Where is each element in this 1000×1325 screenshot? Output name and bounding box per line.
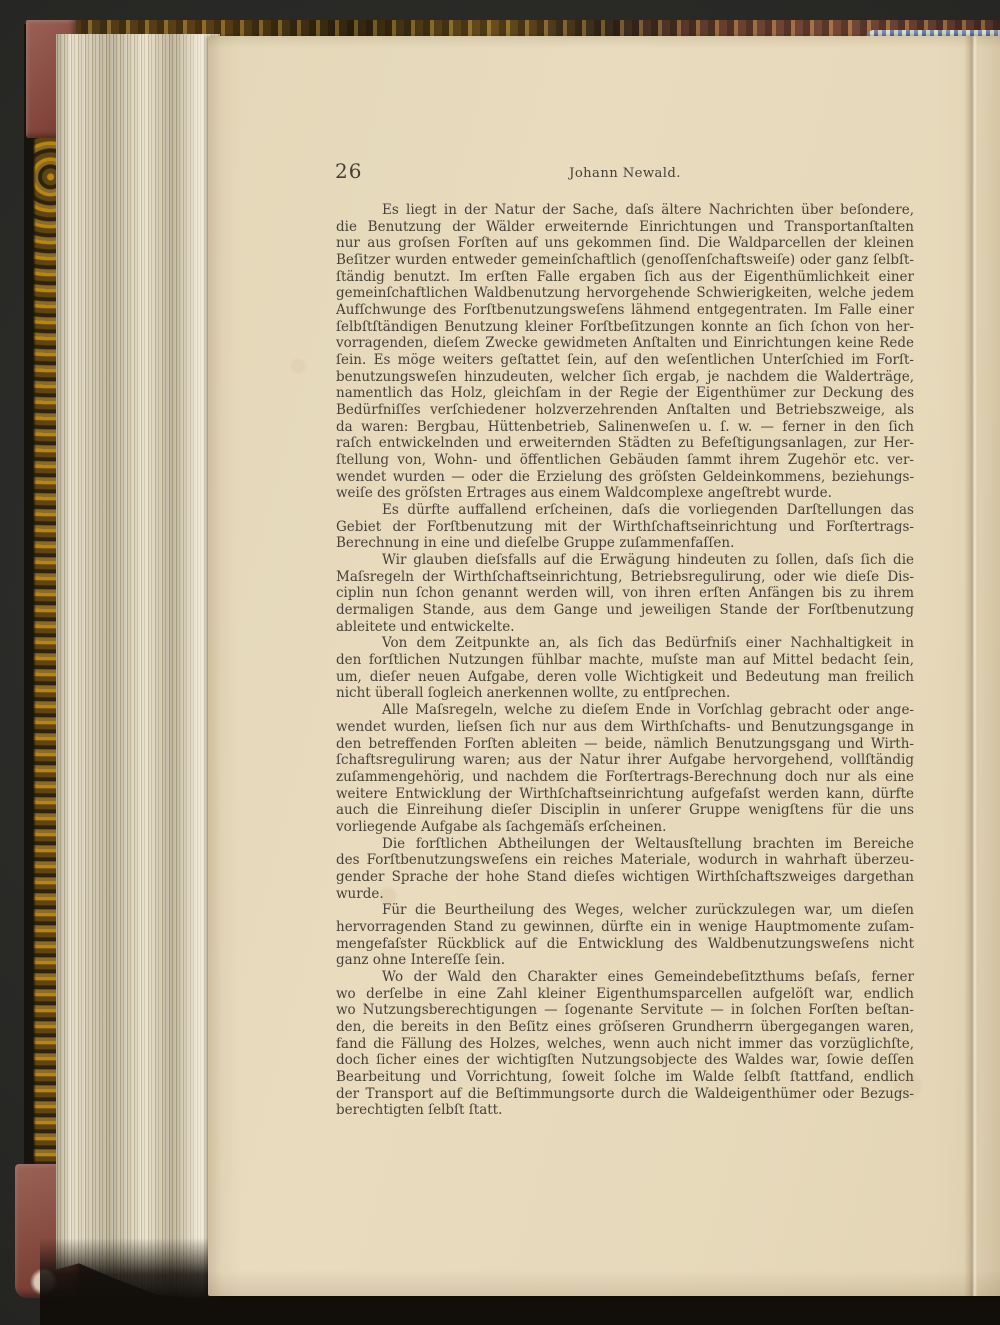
- text-line: auch die Einreihung dieſer Disciplin in …: [336, 802, 914, 819]
- text-line: ſelbſtſtändigen Benutzung kleiner Forſtb…: [336, 319, 914, 336]
- text-line: Gebiet der Forſtbenutzung mit der Wirthſ…: [336, 519, 914, 536]
- paragraph: Für die Beurtheilung des Weges, welcher …: [336, 902, 914, 969]
- text-line: der Transport auf die Beſtimmungsorte du…: [336, 1086, 914, 1103]
- text-line: ſtellung von, Wohn- und öffentlichen Geb…: [336, 452, 914, 469]
- text-line: ganz ohne Intereſſe ſein.: [336, 952, 914, 969]
- text-line: nicht überall ſogleich anerkennen wollte…: [336, 685, 914, 702]
- text-line: den, die bereits in den Beſitz eines grö…: [336, 1019, 914, 1036]
- text-line: ableitete und entwickelte.: [336, 619, 914, 636]
- text-line: ſtändig benutzt. Im erſten Falle ergaben…: [336, 269, 914, 286]
- text-line: ſchaftsregulirung waren; aus der Natur i…: [336, 752, 914, 769]
- text-line: Von dem Zeitpunkte an, als ſich das Bedü…: [336, 635, 914, 652]
- text-line: Beſitzer wurden entweder gemeinſchaftlic…: [336, 252, 914, 269]
- text-line: ciplin nun ſchon genannt werden will, vo…: [336, 585, 914, 602]
- text-line: die Benutzung der Wälder erweiternde Ein…: [336, 219, 914, 236]
- paragraph: Wo der Wald den Charakter eines Gemeinde…: [336, 969, 914, 1119]
- running-header: Johann Newald.: [336, 166, 914, 181]
- text-line: namentlich das Holz, gleichſam in der Re…: [336, 385, 914, 402]
- text-line: wurde.: [336, 886, 914, 903]
- text-line: Wo der Wald den Charakter eines Gemeinde…: [336, 969, 914, 986]
- paragraph: Von dem Zeitpunkte an, als ſich das Bedü…: [336, 635, 914, 702]
- text-line: gemeinſchaftlichen Waldbenutzung hervorg…: [336, 285, 914, 302]
- text-line: vorliegende Aufgabe als ſachgemäſs erſch…: [336, 819, 914, 836]
- text-line: Aufſchwunge des Forſtbenutzungsweſens lä…: [336, 302, 914, 319]
- text-line: Die forſtlichen Abtheilungen der Weltaus…: [336, 836, 914, 853]
- text-line: wendet wurden, lieſsen ſich nur aus dem …: [336, 719, 914, 736]
- text-line: Bearbeitung und Vorrichtung, ſoweit ſolc…: [336, 1069, 914, 1086]
- text-line: Bedürfniſſes verſchiedener holzverzehren…: [336, 402, 914, 419]
- text-line: weitere Entwicklung der Wirthſchaftseinr…: [336, 786, 914, 803]
- text-line: des Forſtbenutzungsweſens ein reiches Ma…: [336, 852, 914, 869]
- text-line: doch ſicher eines der wichtigſten Nutzun…: [336, 1052, 914, 1069]
- text-line: Für die Beurtheilung des Weges, welcher …: [336, 902, 914, 919]
- text-line: Es dürfte auffallend erſcheinen, daſs di…: [336, 502, 914, 519]
- text-line: den forſtlichen Nutzungen fühlbar machte…: [336, 652, 914, 669]
- text-line: Alle Maſsregeln, welche zu dieſem Ende i…: [336, 702, 914, 719]
- text-line: wo derſelbe in eine Zahl kleiner Eigenth…: [336, 986, 914, 1003]
- text-line: ſein. Es möge weiters geſtattet ſein, au…: [336, 352, 914, 369]
- text-line: berechtigten ſelbſt ſtatt.: [336, 1102, 914, 1119]
- text-line: weiſe des gröſsten Ertrages aus einem Wa…: [336, 485, 914, 502]
- book-scan-scene: 26 Johann Newald. Es liegt in der Natur …: [0, 0, 1000, 1325]
- text-line: Es liegt in der Natur der Sache, daſs äl…: [336, 202, 914, 219]
- paragraph: Die forſtlichen Abtheilungen der Weltaus…: [336, 836, 914, 903]
- paragraph: Alle Maſsregeln, welche zu dieſem Ende i…: [336, 702, 914, 835]
- paragraph: Es liegt in der Natur der Sache, daſs äl…: [336, 202, 914, 502]
- text-line: wo Nutzungsberechtigungen — ſogenante Se…: [336, 1002, 914, 1019]
- text-line: da waren: Bergbau, Hüttenbetrieb, Saline…: [336, 419, 914, 436]
- text-line: fand die Fällung des Holzes, welches, we…: [336, 1036, 914, 1053]
- text-line: Berechnung in eine und dieſelbe Gruppe z…: [336, 535, 914, 552]
- page-stack-fore-edges: [56, 34, 220, 1300]
- text-line: vorragenden, dieſem Zwecke gewidmeten An…: [336, 335, 914, 352]
- text-line: gender Sprache der hohe Stand dieſes wic…: [336, 869, 914, 886]
- text-line: den betreffenden Forſten ableiten — beid…: [336, 736, 914, 753]
- text-line: mengefaſster Rückblick auf die Entwicklu…: [336, 936, 914, 953]
- text-line: hervorragenden Stand zu gewinnen, dürfte…: [336, 919, 914, 936]
- text-line: dermaligen Stande, aus dem Gange und jew…: [336, 602, 914, 619]
- text-line: benutzungsweſen hinzudeuten, welcher ſic…: [336, 369, 914, 386]
- text-line: Wir glauben dieſsfalls auf die Erwägung …: [336, 552, 914, 569]
- text-block: Es liegt in der Natur der Sache, daſs äl…: [336, 202, 914, 1119]
- paragraph: Wir glauben dieſsfalls auf die Erwägung …: [336, 552, 914, 635]
- text-line: zuſammengehörig, und nachdem die Forſter…: [336, 769, 914, 786]
- text-line: um, dieſer neuen Aufgabe, deren volle Wi…: [336, 669, 914, 686]
- text-line: wendet wurden — oder die Erzielung des g…: [336, 469, 914, 486]
- gutter-crease: [964, 36, 980, 1296]
- book-page: 26 Johann Newald. Es liegt in der Natur …: [208, 36, 1000, 1296]
- text-line: nur aus groſsen Forſten auf uns gekommen…: [336, 235, 914, 252]
- text-line: Maſsregeln der Wirthſchaftseinrichtung, …: [336, 569, 914, 586]
- text-line: raſch entwickelnden und erweiternden Stä…: [336, 435, 914, 452]
- paragraph: Es dürfte auffallend erſcheinen, daſs di…: [336, 502, 914, 552]
